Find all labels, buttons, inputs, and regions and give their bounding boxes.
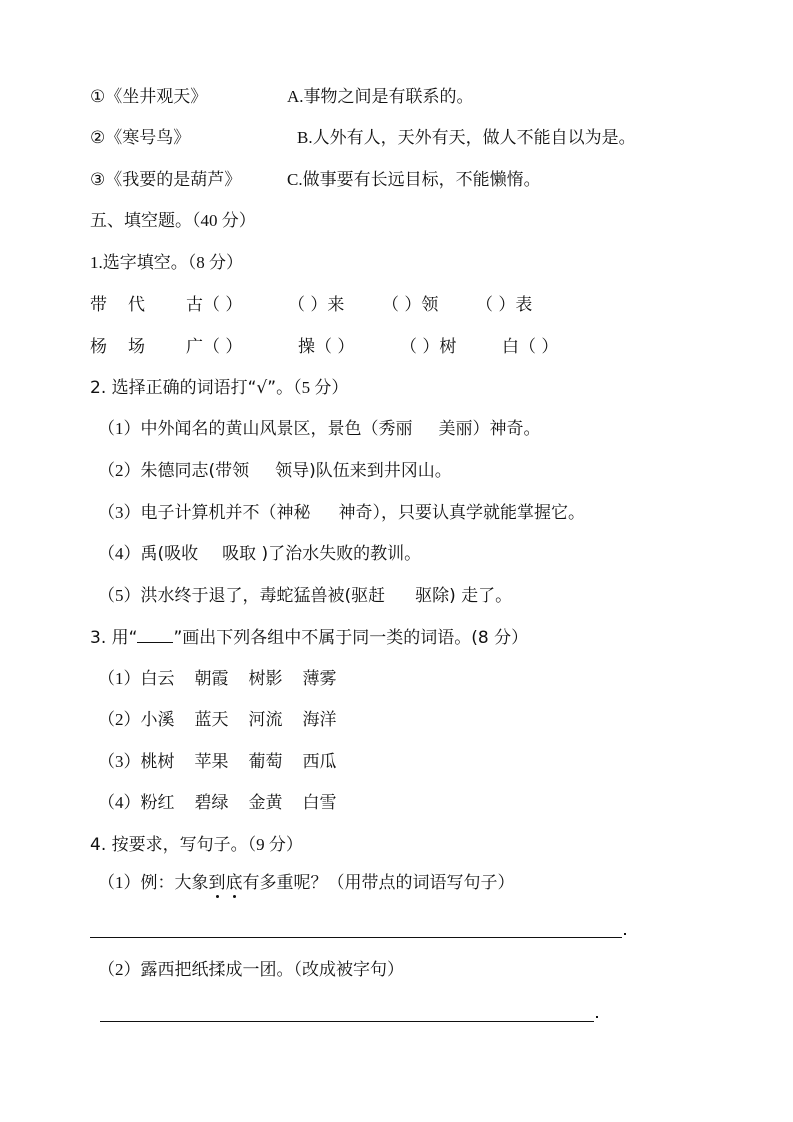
q2-item-2: （2）朱德同志(带领领导)队伍来到井冈山。 xyxy=(98,460,452,482)
item-option: 领导)队伍来到井冈山。 xyxy=(275,461,452,481)
period-mark xyxy=(624,933,626,935)
q3-group-3: （3）桃树苹果葡萄西瓜 xyxy=(98,751,337,773)
q4-title: 4. 按要求，写句子。 xyxy=(90,835,248,855)
q2-heading: 2. 选择正确的词语打“√”。（5 分） xyxy=(90,377,348,399)
q1-row2-blank2[interactable]: 操（ ） xyxy=(298,336,354,358)
word[interactable]: 金黄 xyxy=(249,793,283,813)
word[interactable]: 海洋 xyxy=(303,710,337,730)
dotted-char: 底 xyxy=(226,873,243,893)
word[interactable]: 薄雾 xyxy=(303,669,337,689)
q2-score: （5 分） xyxy=(293,378,348,397)
q3-prefix: 3. 用“ xyxy=(90,628,137,648)
match-right-a: A.事物之间是有联系的。 xyxy=(287,86,474,108)
group-number: （4） xyxy=(98,793,141,812)
match-right-b: B.人外有人，天外有天，做人不能自以为是。 xyxy=(297,127,636,149)
q2-item-3: （3）电子计算机并不（神秘神奇），只要认真学就能掌握它。 xyxy=(98,502,585,524)
word[interactable]: 苹果 xyxy=(195,752,229,772)
match-right-c: C.做事要有长远目标，不能懒惰。 xyxy=(287,169,541,191)
option-letter-c: C. xyxy=(287,170,303,189)
q1-title: 1.选字填空。 xyxy=(90,253,188,272)
q3-suffix: ”画出下列各组中不属于同一类的词语。(8 分） xyxy=(173,628,528,648)
dotted-char: 到 xyxy=(209,873,226,893)
q1-row1-blank2[interactable]: （ ）来 xyxy=(288,294,344,316)
item-option: 吸取 )了治水失败的教训。 xyxy=(222,544,421,564)
word[interactable]: 白雪 xyxy=(303,793,337,813)
q1-row2-char1: 杨 xyxy=(90,336,107,358)
section-title: 五、填空题。 xyxy=(90,211,192,231)
q4-heading: 4. 按要求，写句子。（9 分） xyxy=(90,834,303,856)
q3-heading: 3. 用“”画出下列各组中不属于同一类的词语。(8 分） xyxy=(90,626,528,649)
q1-row2-blank1[interactable]: 广（ ） xyxy=(186,336,242,358)
word[interactable]: 树影 xyxy=(249,669,283,689)
word[interactable]: 桃树 xyxy=(141,752,175,772)
q4-item-2: （2）露西把纸揉成一团。（改成被字句） xyxy=(98,959,404,981)
item-text: 禹(吸收 xyxy=(141,544,199,564)
match-left-3: ③《我要的是葫芦》 xyxy=(90,169,241,191)
q2-title: 2. 选择正确的词语打“√”。 xyxy=(90,378,293,398)
word[interactable]: 碧绿 xyxy=(195,793,229,813)
q2-item-1: （1）中外闻名的黄山风景区，景色（秀丽美丽）神奇。 xyxy=(98,418,541,440)
option-text-c: 做事要有长远目标，不能懒惰。 xyxy=(303,170,541,190)
q4-score: （9 分） xyxy=(248,835,303,854)
option-letter-a: A. xyxy=(287,87,304,106)
word[interactable]: 蓝天 xyxy=(195,710,229,730)
underline-sample xyxy=(137,626,173,643)
item-option: 美丽）神奇。 xyxy=(439,419,541,439)
q1-row1-char2: 代 xyxy=(128,294,145,316)
item-number: （2） xyxy=(98,960,141,979)
item-number: （4） xyxy=(98,544,141,563)
item-number: （3） xyxy=(98,503,141,522)
item-text: 朱德同志(带领 xyxy=(141,461,250,481)
q3-group-2: （2）小溪蓝天河流海洋 xyxy=(98,709,337,731)
item-option: 神奇），只要认真学就能掌握它。 xyxy=(339,503,586,523)
group-number: （2） xyxy=(98,710,141,729)
match-left-2: ②《寒号鸟》 xyxy=(90,127,190,149)
period-mark xyxy=(596,1016,598,1018)
q1-row1-blank3[interactable]: （ ）领 xyxy=(382,294,438,316)
item-number: （5） xyxy=(98,586,141,605)
q4-item-1: （1）例：大象到底有多重呢？（用带点的词语写句子） xyxy=(98,872,515,894)
section-5-heading: 五、填空题。（40 分） xyxy=(90,210,256,232)
section-score: （40 分） xyxy=(192,211,256,230)
q3-group-4: （4）粉红碧绿金黄白雪 xyxy=(98,792,337,814)
q1-row2-char2: 场 xyxy=(128,336,145,358)
item-text: 洪水终于退了，毒蛇猛兽被(驱赶 xyxy=(141,586,386,606)
answer-line-2[interactable] xyxy=(100,1021,594,1022)
item-text: 有多重呢？（用带点的词语写句子） xyxy=(243,873,515,893)
item-text: 例：大象 xyxy=(141,873,209,893)
group-number: （1） xyxy=(98,669,141,688)
item-option: 驱除) 走了。 xyxy=(415,586,512,606)
q1-row2-blank3[interactable]: （ ）树 xyxy=(400,336,456,358)
word[interactable]: 河流 xyxy=(249,710,283,730)
item-text: 露西把纸揉成一团。（改成被字句） xyxy=(141,960,405,980)
item-number: （2） xyxy=(98,461,141,480)
item-number: （1） xyxy=(98,873,141,892)
match-left-1: ①《坐井观天》 xyxy=(90,86,207,108)
word[interactable]: 葡萄 xyxy=(249,752,283,772)
word[interactable]: 朝霞 xyxy=(195,669,229,689)
word[interactable]: 粉红 xyxy=(141,793,175,813)
q1-row1-blank4[interactable]: （ ）表 xyxy=(476,294,532,316)
word[interactable]: 白云 xyxy=(141,669,175,689)
answer-line-1[interactable] xyxy=(90,937,622,938)
option-text-a: 事物之间是有联系的。 xyxy=(304,87,474,107)
q2-item-5: （5）洪水终于退了，毒蛇猛兽被(驱赶驱除) 走了。 xyxy=(98,585,512,607)
item-text: 中外闻名的黄山风景区，景色（秀丽 xyxy=(141,419,413,439)
q1-row1-blank1[interactable]: 古（ ） xyxy=(186,294,242,316)
q2-item-4: （4）禹(吸收吸取 )了治水失败的教训。 xyxy=(98,543,421,565)
q1-score: （8 分） xyxy=(188,253,243,272)
word[interactable]: 西瓜 xyxy=(303,752,337,772)
q1-row2-blank4[interactable]: 白（ ） xyxy=(502,336,558,358)
item-number: （1） xyxy=(98,419,141,438)
q3-group-1: （1）白云朝霞树影薄雾 xyxy=(98,668,337,690)
item-text: 电子计算机并不（神秘 xyxy=(141,503,311,523)
q1-heading: 1.选字填空。（8 分） xyxy=(90,252,243,274)
option-letter-b: B. xyxy=(297,128,313,147)
option-text-b: 人外有人，天外有天，做人不能自以为是。 xyxy=(313,128,636,148)
q1-row1-char1: 带 xyxy=(90,294,107,316)
word[interactable]: 小溪 xyxy=(141,710,175,730)
group-number: （3） xyxy=(98,752,141,771)
